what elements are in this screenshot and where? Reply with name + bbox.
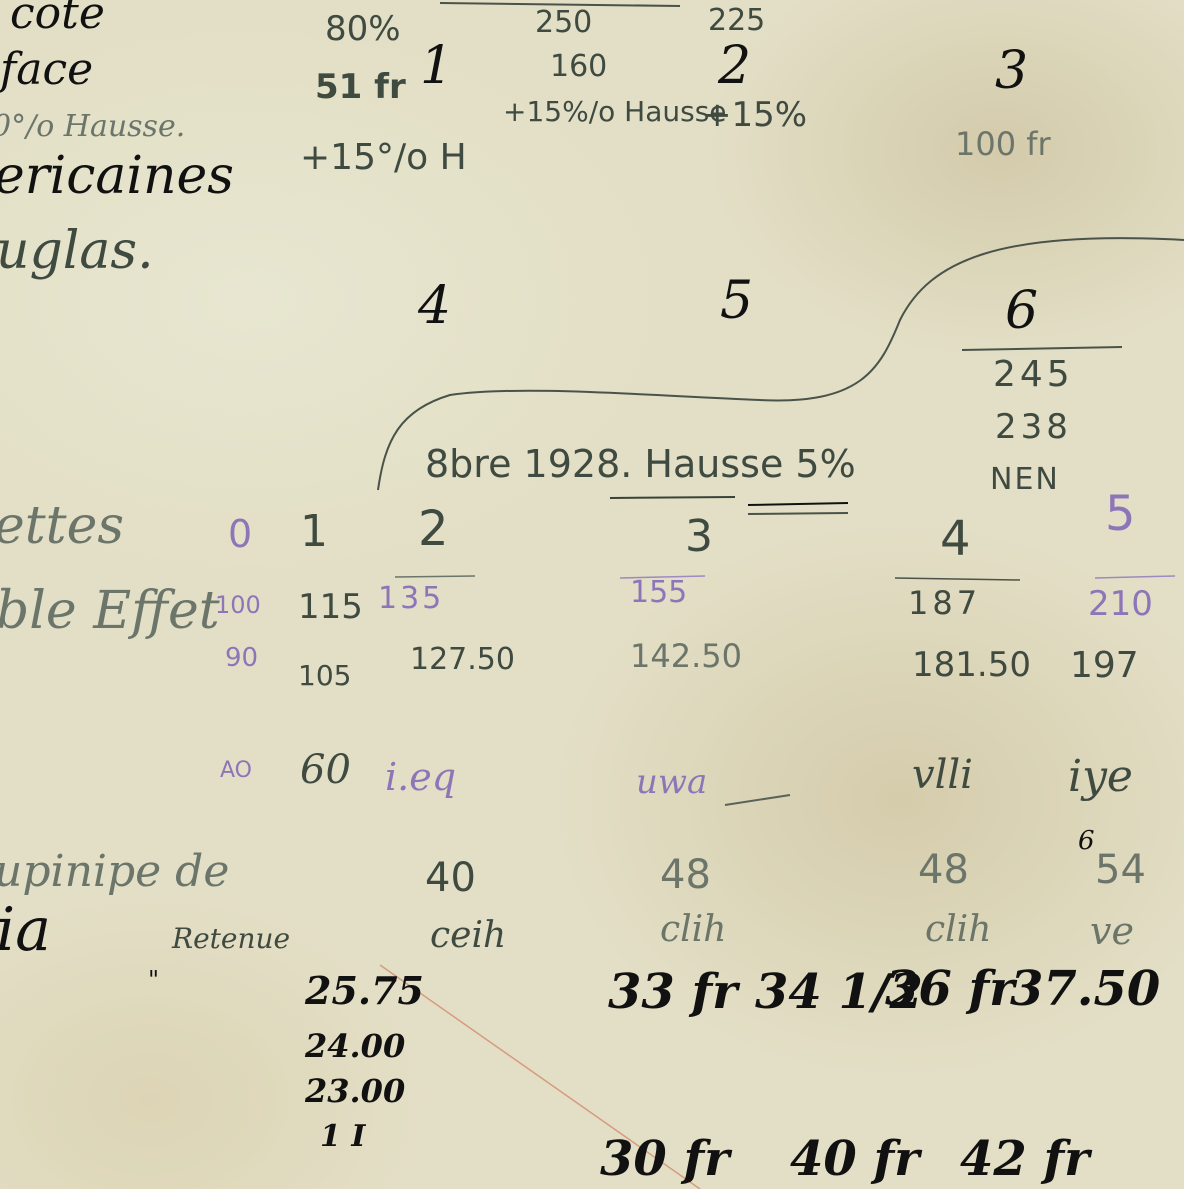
col6-value-245: 245 (993, 357, 1074, 393)
value-80-percent: 80% (325, 12, 401, 46)
de-top-0: 100 (215, 593, 261, 617)
code-vlli: vlli (912, 755, 973, 795)
de-bottom-5: 197 (1070, 648, 1139, 684)
note-hausse-1928: 8bre 1928. Hausse 5% (425, 445, 856, 483)
code-iye: iye (1068, 755, 1133, 799)
retenue-48b: 48 (918, 850, 969, 890)
value-plus-15-h: +15°/o H (300, 140, 467, 176)
code-ieq: i.eq (385, 758, 456, 796)
stack-23-00: 23.00 (305, 1075, 405, 1107)
margin-text-upinipe-de: upinipe de (0, 850, 229, 894)
de-bottom-2: 127.50 (410, 645, 515, 675)
stack-1-i: 1 I (320, 1122, 365, 1152)
column-number-3: 3 (995, 45, 1028, 97)
de-bottom-0: 90 (225, 645, 258, 671)
value-51-fr: 51 fr (315, 70, 406, 104)
col1-value-hausse: +15%/o Hausse (503, 98, 727, 126)
price-37-50: 37.50 (1010, 965, 1160, 1013)
col3-value-100-fr: 100 fr (955, 128, 1051, 160)
price-36-fr: 36 fr (885, 965, 1014, 1013)
margin-text-ia: ia (0, 900, 51, 960)
margin-text-cote: cote (10, 0, 105, 36)
lower-header-5: 5 (1105, 490, 1136, 538)
retenue-6: 6 (1078, 828, 1095, 854)
margin-text-ettes: ettes (0, 500, 124, 552)
de-top-4: 187 (908, 587, 981, 619)
lower-header-3: 3 (685, 515, 713, 559)
column-number-6: 6 (1005, 285, 1038, 337)
price-42-fr: 42 fr (960, 1135, 1089, 1183)
retenue-code-clih-b: clih (925, 912, 991, 948)
de-bottom-1: 105 (298, 662, 351, 690)
de-top-2: 135 (378, 584, 444, 614)
retenue-code-clih-a: clih (660, 912, 726, 948)
column-number-5: 5 (720, 275, 753, 327)
margin-text-face: face (0, 48, 93, 92)
margin-text-ericaines: ericaines (0, 150, 234, 202)
code-60: 60 (300, 750, 351, 790)
margin-text-retenue: Retenue (172, 925, 290, 953)
code-uwa: uwa (636, 765, 707, 799)
de-top-5: 210 (1088, 587, 1153, 621)
col6-value-238: 238 (995, 410, 1072, 444)
column-number-1: 1 (420, 40, 453, 92)
lower-header-1: 1 (300, 510, 328, 554)
price-33-fr: 33 fr (608, 968, 737, 1016)
lower-header-4: 4 (940, 515, 971, 563)
retenue-40: 40 (425, 858, 476, 898)
col1-value-160: 160 (550, 52, 607, 82)
column-number-2: 2 (718, 40, 751, 92)
col1-value-250: 250 (535, 8, 592, 38)
price-40-fr: 40 fr (790, 1135, 919, 1183)
ditto-mark: " (148, 968, 159, 992)
margin-text-double-effet: ble Effet (0, 585, 220, 637)
de-top-1: 115 (298, 590, 363, 624)
lower-header-0: 0 (228, 515, 252, 553)
retenue-code-ceih: ceih (430, 918, 506, 954)
price-30-fr: 30 fr (600, 1135, 729, 1183)
retenue-48a: 48 (660, 855, 711, 895)
code-ao: AO (220, 760, 252, 782)
de-bottom-3: 142.50 (630, 640, 742, 672)
de-bottom-4: 181.50 (912, 648, 1031, 682)
retenue-code-ve: ve (1090, 912, 1134, 950)
stack-25-75: 25.75 (305, 972, 424, 1010)
column-number-4: 4 (418, 280, 451, 332)
col2-value-225: 225 (708, 6, 765, 36)
lower-header-2: 2 (418, 505, 449, 553)
col2-value-plus-15: +15% (703, 98, 807, 132)
retenue-54: 54 (1095, 850, 1146, 890)
de-top-3: 155 (630, 578, 687, 608)
stack-24-00: 24.00 (305, 1030, 405, 1062)
col6-value-nen: NEN (990, 465, 1060, 495)
margin-text-uglas: uglas. (0, 225, 154, 277)
margin-text-hausse: 0°/o Hausse. (0, 112, 185, 142)
